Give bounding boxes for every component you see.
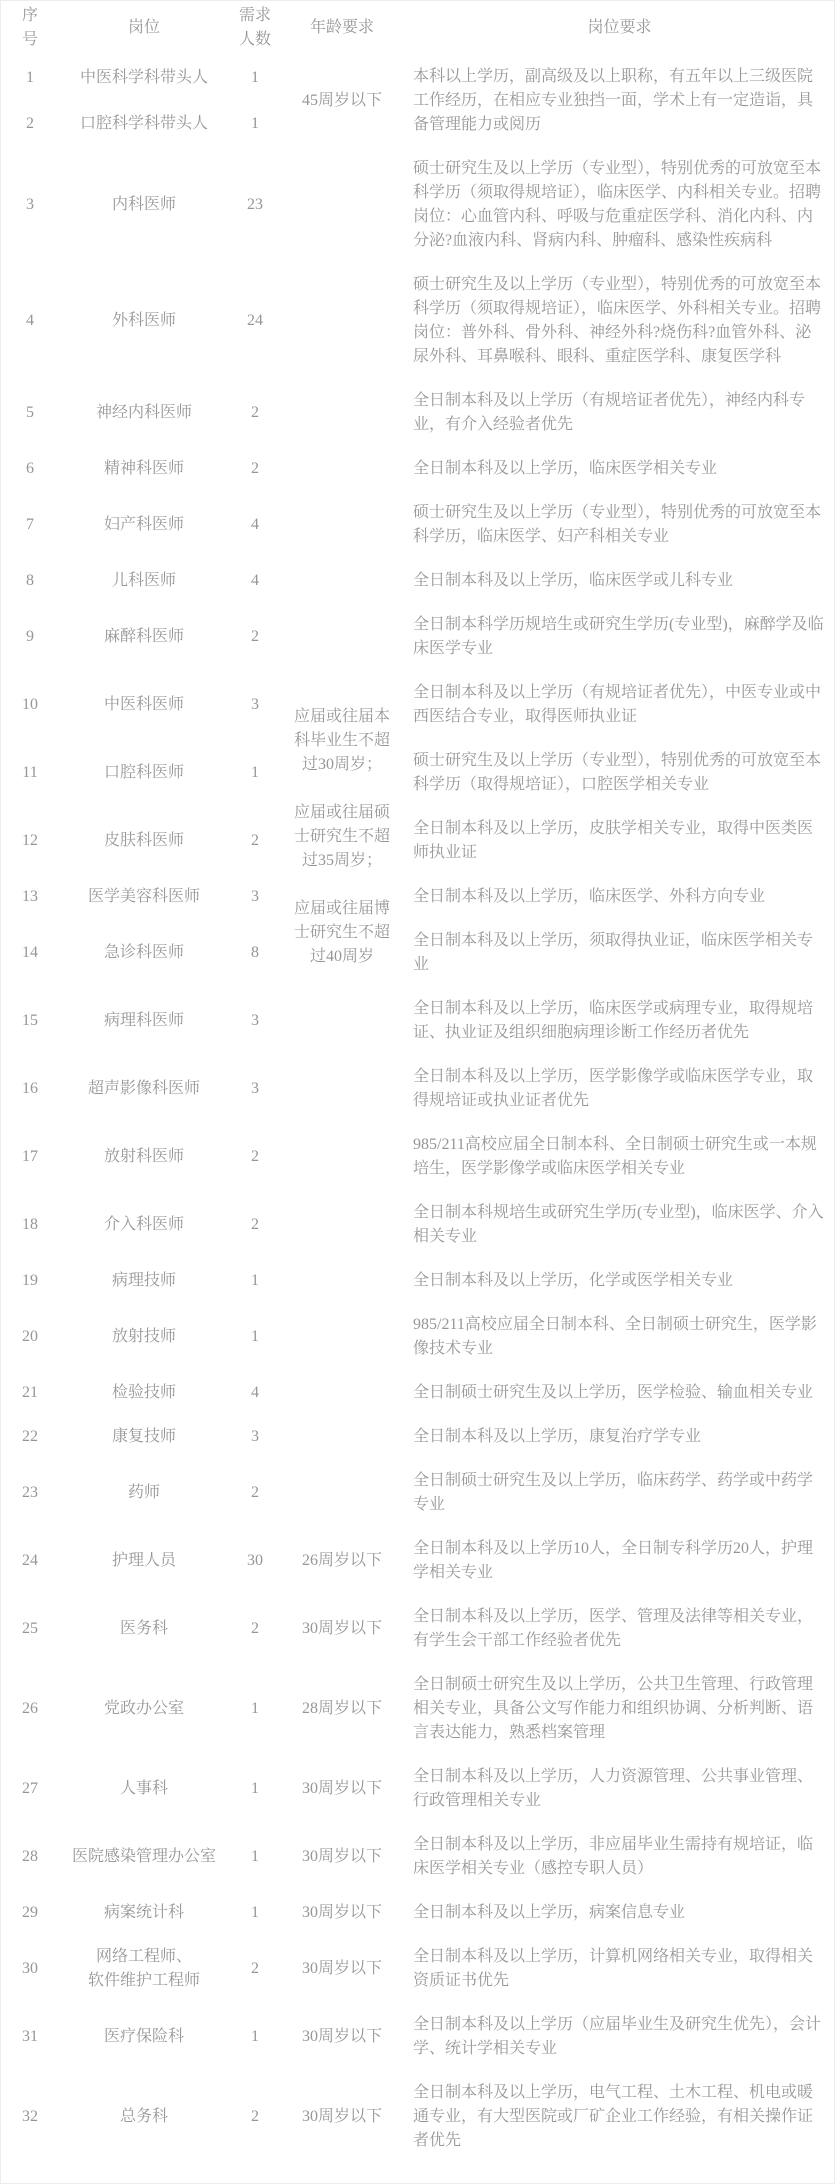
row-number-cell: 31 bbox=[1, 2003, 59, 2071]
post-cell: 病理技师 bbox=[59, 1259, 229, 1303]
col-header-count: 需求 人数 bbox=[229, 1, 281, 55]
row-number-cell: 7 bbox=[1, 491, 59, 559]
row-number-cell: 13 bbox=[1, 875, 59, 919]
table-row: 8 儿科医师 4 全日制本科及以上学历，临床医学或儿科专业 bbox=[1, 559, 835, 603]
table-row: 1 中医科学科带头人 1 45周岁以下 本科以上学历，副高级及以上职称，有五年以… bbox=[1, 55, 835, 101]
count-cell: 1 bbox=[229, 2003, 281, 2071]
count-cell: 2 bbox=[229, 1595, 281, 1663]
requirement-cell: 硕士研究生及以上学历（专业型），特别优秀的可放宽至本科学历（取得规培证），口腔医… bbox=[403, 739, 835, 807]
post-cell: 口腔科学科带头人 bbox=[59, 101, 229, 147]
table-row: 18 介入科医师 2 全日制本科规培生或研究生学历(专业型)，临床医学、介入相关… bbox=[1, 1191, 835, 1259]
count-cell: 1 bbox=[229, 1823, 281, 1891]
table-row: 30 网络工程师、 软件维护工程师 2 30周岁以下 全日制本科及以上学历，计算… bbox=[1, 1935, 835, 2003]
row-number-cell: 24 bbox=[1, 1527, 59, 1595]
row-number-cell: 21 bbox=[1, 1371, 59, 1415]
count-cell: 1 bbox=[229, 1891, 281, 1935]
requirement-cell: 全日制本科规培生或研究生学历(专业型)，临床医学、介入相关专业 bbox=[403, 1191, 835, 1259]
requirement-cell: 全日制硕士研究生及以上学历，临床药学、药学或中药学专业 bbox=[403, 1459, 835, 1527]
row-number-cell: 12 bbox=[1, 807, 59, 875]
table-row: 12 皮肤科医师 2 全日制本科及以上学历，皮肤学相关专业，取得中医类医师执业证 bbox=[1, 807, 835, 875]
post-cell: 药师 bbox=[59, 1459, 229, 1527]
post-cell: 病案统计科 bbox=[59, 1891, 229, 1935]
count-cell: 2 bbox=[229, 2071, 281, 2163]
requirement-cell: 全日制硕士研究生及以上学历，医学检验、输血相关专业 bbox=[403, 1371, 835, 1415]
row-number-cell: 30 bbox=[1, 1935, 59, 2003]
row-number-cell: 22 bbox=[1, 1415, 59, 1459]
requirement-cell: 985/211高校应届全日制本科、全日制硕士研究生，医学影像技术专业 bbox=[403, 1303, 835, 1371]
recruitment-table: 序 号 岗位 需求 人数 年龄要求 岗位要求 1 中医科学科带头人 1 45周岁… bbox=[1, 1, 835, 2163]
post-cell: 儿科医师 bbox=[59, 559, 229, 603]
table-row: 27 人事科 1 30周岁以下 全日制本科及以上学历，人力资源管理、公共事业管理… bbox=[1, 1755, 835, 1823]
post-cell: 护理人员 bbox=[59, 1527, 229, 1595]
table-row: 16 超声影像科医师 3 全日制本科及以上学历，医学影像学或临床医学专业，取得规… bbox=[1, 1055, 835, 1123]
age-cell-merged-rows-1-2: 45周岁以下 bbox=[281, 55, 403, 147]
count-cell: 30 bbox=[229, 1527, 281, 1595]
row-number-cell: 4 bbox=[1, 263, 59, 379]
count-cell: 1 bbox=[229, 1303, 281, 1371]
requirement-cell: 全日制本科及以上学历（应届毕业生及研究生优先），会计学、统计学相关专业 bbox=[403, 2003, 835, 2071]
requirement-cell: 全日制本科及以上学历（有规培证者优先），中医专业或中西医结合专业，取得医师执业证 bbox=[403, 671, 835, 739]
col-header-post: 岗位 bbox=[59, 1, 229, 55]
age-cell: 30周岁以下 bbox=[281, 1823, 403, 1891]
post-cell: 总务科 bbox=[59, 2071, 229, 2163]
count-cell: 2 bbox=[229, 807, 281, 875]
post-cell: 放射技师 bbox=[59, 1303, 229, 1371]
requirement-cell: 全日制本科及以上学历，病案信息专业 bbox=[403, 1891, 835, 1935]
post-cell: 医院感染管理办公室 bbox=[59, 1823, 229, 1891]
table-row: 5 神经内科医师 2 全日制本科及以上学历（有规培证者优先），神经内科专业，有介… bbox=[1, 379, 835, 447]
post-cell: 口腔科医师 bbox=[59, 739, 229, 807]
post-cell: 妇产科医师 bbox=[59, 491, 229, 559]
post-cell: 医学美容科医师 bbox=[59, 875, 229, 919]
col-header-age: 年龄要求 bbox=[281, 1, 403, 55]
post-cell: 外科医师 bbox=[59, 263, 229, 379]
row-number-cell: 23 bbox=[1, 1459, 59, 1527]
requirement-cell: 硕士研究生及以上学历（专业型），特别优秀的可放宽至本科学历（须取得规培证），临床… bbox=[403, 263, 835, 379]
requirement-cell: 全日制本科及以上学历，康复治疗学专业 bbox=[403, 1415, 835, 1459]
table-row: 7 妇产科医师 4 硕士研究生及以上学历（专业型），特别优秀的可放宽至本科学历，… bbox=[1, 491, 835, 559]
requirement-cell: 全日制本科及以上学历，皮肤学相关专业，取得中医类医师执业证 bbox=[403, 807, 835, 875]
row-number-cell: 17 bbox=[1, 1123, 59, 1191]
post-cell: 精神科医师 bbox=[59, 447, 229, 491]
row-number-cell: 29 bbox=[1, 1891, 59, 1935]
requirement-cell: 全日制本科及以上学历，临床医学或儿科专业 bbox=[403, 559, 835, 603]
requirement-cell-merged-rows-1-2: 本科以上学历，副高级及以上职称，有五年以上三级医院工作经历，在相应专业独挡一面，… bbox=[403, 55, 835, 147]
requirement-cell: 全日制本科及以上学历，临床医学或病理专业，取得规培证、执业证及组织细胞病理诊断工… bbox=[403, 987, 835, 1055]
col-header-requirements: 岗位要求 bbox=[403, 1, 835, 55]
recruitment-positions-page: 序 号 岗位 需求 人数 年龄要求 岗位要求 1 中医科学科带头人 1 45周岁… bbox=[0, 0, 835, 2184]
requirement-cell: 全日制本科及以上学历10人，全日制专科学历20人，护理学相关专业 bbox=[403, 1527, 835, 1595]
table-row: 17 放射科医师 2 985/211高校应届全日制本科、全日制硕士研究生或一本规… bbox=[1, 1123, 835, 1191]
requirement-cell: 硕士研究生及以上学历（专业型），特别优秀的可放宽至本科学历（须取得规培证），临床… bbox=[403, 147, 835, 263]
age-cell-merged-rows-3-23: 应届或往届本科毕业生不超过30周岁； 应届或往届硕士研究生不超过35周岁； 应届… bbox=[281, 147, 403, 1527]
table-row: 22 康复技师 3 全日制本科及以上学历，康复治疗学专业 bbox=[1, 1415, 835, 1459]
row-number-cell: 16 bbox=[1, 1055, 59, 1123]
table-row: 11 口腔科医师 1 硕士研究生及以上学历（专业型），特别优秀的可放宽至本科学历… bbox=[1, 739, 835, 807]
table-row: 26 党政办公室 1 28周岁以下 全日制硕士研究生及以上学历，公共卫生管理、行… bbox=[1, 1663, 835, 1755]
post-cell: 介入科医师 bbox=[59, 1191, 229, 1259]
count-cell: 2 bbox=[229, 447, 281, 491]
table-row: 25 医务科 2 30周岁以下 全日制本科及以上学历，医学、管理及法律等相关专业… bbox=[1, 1595, 835, 1663]
count-cell: 2 bbox=[229, 603, 281, 671]
requirement-cell: 全日制本科学历规培生或研究生学历(专业型)，麻醉学及临床医学专业 bbox=[403, 603, 835, 671]
table-row: 19 病理技师 1 全日制本科及以上学历，化学或医学相关专业 bbox=[1, 1259, 835, 1303]
count-cell: 1 bbox=[229, 1663, 281, 1755]
age-cell: 30周岁以下 bbox=[281, 1891, 403, 1935]
row-number-cell: 28 bbox=[1, 1823, 59, 1891]
requirement-cell: 全日制本科及以上学历，非应届毕业生需持有规培证，临床医学相关专业（感控专职人员） bbox=[403, 1823, 835, 1891]
count-cell: 1 bbox=[229, 1755, 281, 1823]
table-row: 32 总务科 2 30周岁以下 全日制本科及以上学历，电气工程、土木工程、机电或… bbox=[1, 2071, 835, 2163]
row-number-cell: 8 bbox=[1, 559, 59, 603]
requirement-cell: 全日制本科及以上学历，电气工程、土木工程、机电或暖通专业，有大型医院或厂矿企业工… bbox=[403, 2071, 835, 2163]
count-cell: 1 bbox=[229, 55, 281, 101]
row-number-cell: 18 bbox=[1, 1191, 59, 1259]
post-cell: 病理科医师 bbox=[59, 987, 229, 1055]
count-cell: 4 bbox=[229, 491, 281, 559]
count-cell: 2 bbox=[229, 1459, 281, 1527]
table-row: 10 中医科医师 3 全日制本科及以上学历（有规培证者优先），中医专业或中西医结… bbox=[1, 671, 835, 739]
post-cell: 急诊科医师 bbox=[59, 919, 229, 987]
count-cell: 3 bbox=[229, 671, 281, 739]
count-cell: 2 bbox=[229, 1191, 281, 1259]
age-cell: 26周岁以下 bbox=[281, 1527, 403, 1595]
row-number-cell: 26 bbox=[1, 1663, 59, 1755]
table-row: 3 内科医师 23 应届或往届本科毕业生不超过30周岁； 应届或往届硕士研究生不… bbox=[1, 147, 835, 263]
count-cell: 23 bbox=[229, 147, 281, 263]
requirement-cell: 985/211高校应届全日制本科、全日制硕士研究生或一本规培生，医学影像学或临床… bbox=[403, 1123, 835, 1191]
count-cell: 1 bbox=[229, 1259, 281, 1303]
header-row: 序 号 岗位 需求 人数 年龄要求 岗位要求 bbox=[1, 1, 835, 55]
age-cell: 30周岁以下 bbox=[281, 1935, 403, 2003]
table-row: 21 检验技师 4 全日制硕士研究生及以上学历，医学检验、输血相关专业 bbox=[1, 1371, 835, 1415]
table-row: 20 放射技师 1 985/211高校应届全日制本科、全日制硕士研究生，医学影像… bbox=[1, 1303, 835, 1371]
count-cell: 2 bbox=[229, 1123, 281, 1191]
table-row: 6 精神科医师 2 全日制本科及以上学历，临床医学相关专业 bbox=[1, 447, 835, 491]
requirement-cell: 全日制本科及以上学历，计算机网络相关专业，取得相关资质证书优先 bbox=[403, 1935, 835, 2003]
row-number-cell: 1 bbox=[1, 55, 59, 101]
post-cell: 医务科 bbox=[59, 1595, 229, 1663]
count-cell: 8 bbox=[229, 919, 281, 987]
col-header-no: 序 号 bbox=[1, 1, 59, 55]
row-number-cell: 10 bbox=[1, 671, 59, 739]
count-cell: 3 bbox=[229, 875, 281, 919]
age-cell: 30周岁以下 bbox=[281, 1755, 403, 1823]
requirement-cell: 全日制本科及以上学历（有规培证者优先），神经内科专业，有介入经验者优先 bbox=[403, 379, 835, 447]
row-number-cell: 14 bbox=[1, 919, 59, 987]
post-cell: 放射科医师 bbox=[59, 1123, 229, 1191]
count-cell: 4 bbox=[229, 1371, 281, 1415]
post-cell: 检验技师 bbox=[59, 1371, 229, 1415]
count-cell: 4 bbox=[229, 559, 281, 603]
requirement-cell: 全日制本科及以上学历，临床医学、外科方向专业 bbox=[403, 875, 835, 919]
requirement-cell: 全日制本科及以上学历，临床医学相关专业 bbox=[403, 447, 835, 491]
post-cell: 皮肤科医师 bbox=[59, 807, 229, 875]
post-cell: 党政办公室 bbox=[59, 1663, 229, 1755]
age-cell: 30周岁以下 bbox=[281, 1595, 403, 1663]
post-cell: 医疗保险科 bbox=[59, 2003, 229, 2071]
post-cell: 中医科医师 bbox=[59, 671, 229, 739]
post-cell: 康复技师 bbox=[59, 1415, 229, 1459]
age-cell: 28周岁以下 bbox=[281, 1663, 403, 1755]
post-cell: 内科医师 bbox=[59, 147, 229, 263]
count-cell: 1 bbox=[229, 739, 281, 807]
requirement-cell: 全日制硕士研究生及以上学历，公共卫生管理、行政管理相关专业，具备公文写作能力和组… bbox=[403, 1663, 835, 1755]
count-cell: 3 bbox=[229, 987, 281, 1055]
table-row: 28 医院感染管理办公室 1 30周岁以下 全日制本科及以上学历，非应届毕业生需… bbox=[1, 1823, 835, 1891]
row-number-cell: 15 bbox=[1, 987, 59, 1055]
count-cell: 3 bbox=[229, 1055, 281, 1123]
row-number-cell: 27 bbox=[1, 1755, 59, 1823]
table-row: 31 医疗保险科 1 30周岁以下 全日制本科及以上学历（应届毕业生及研究生优先… bbox=[1, 2003, 835, 2071]
row-number-cell: 25 bbox=[1, 1595, 59, 1663]
row-number-cell: 6 bbox=[1, 447, 59, 491]
row-number-cell: 9 bbox=[1, 603, 59, 671]
requirement-cell: 硕士研究生及以上学历（专业型），特别优秀的可放宽至本科学历，临床医学、妇产科相关… bbox=[403, 491, 835, 559]
row-number-cell: 2 bbox=[1, 101, 59, 147]
count-cell: 1 bbox=[229, 101, 281, 147]
table-row: 29 病案统计科 1 30周岁以下 全日制本科及以上学历，病案信息专业 bbox=[1, 1891, 835, 1935]
count-cell: 3 bbox=[229, 1415, 281, 1459]
post-cell: 神经内科医师 bbox=[59, 379, 229, 447]
post-cell: 麻醉科医师 bbox=[59, 603, 229, 671]
row-number-cell: 11 bbox=[1, 739, 59, 807]
table-row: 14 急诊科医师 8 全日制本科及以上学历，须取得执业证，临床医学相关专业 bbox=[1, 919, 835, 987]
row-number-cell: 3 bbox=[1, 147, 59, 263]
requirement-cell: 全日制本科及以上学历，须取得执业证，临床医学相关专业 bbox=[403, 919, 835, 987]
age-cell: 30周岁以下 bbox=[281, 2003, 403, 2071]
table-row: 4 外科医师 24 硕士研究生及以上学历（专业型），特别优秀的可放宽至本科学历（… bbox=[1, 263, 835, 379]
age-cell: 30周岁以下 bbox=[281, 2071, 403, 2163]
requirement-cell: 全日制本科及以上学历，医学影像学或临床医学专业，取得规培证或执业证者优先 bbox=[403, 1055, 835, 1123]
row-number-cell: 32 bbox=[1, 2071, 59, 2163]
table-row: 13 医学美容科医师 3 全日制本科及以上学历，临床医学、外科方向专业 bbox=[1, 875, 835, 919]
table-row: 24 护理人员 30 26周岁以下 全日制本科及以上学历10人，全日制专科学历2… bbox=[1, 1527, 835, 1595]
post-cell: 中医科学科带头人 bbox=[59, 55, 229, 101]
table-row: 9 麻醉科医师 2 全日制本科学历规培生或研究生学历(专业型)，麻醉学及临床医学… bbox=[1, 603, 835, 671]
post-cell: 超声影像科医师 bbox=[59, 1055, 229, 1123]
count-cell: 2 bbox=[229, 379, 281, 447]
row-number-cell: 19 bbox=[1, 1259, 59, 1303]
row-number-cell: 5 bbox=[1, 379, 59, 447]
table-row: 15 病理科医师 3 全日制本科及以上学历，临床医学或病理专业，取得规培证、执业… bbox=[1, 987, 835, 1055]
requirement-cell: 全日制本科及以上学历，医学、管理及法律等相关专业，有学生会干部工作经验者优先 bbox=[403, 1595, 835, 1663]
count-cell: 2 bbox=[229, 1935, 281, 2003]
requirement-cell: 全日制本科及以上学历，化学或医学相关专业 bbox=[403, 1259, 835, 1303]
post-cell: 人事科 bbox=[59, 1755, 229, 1823]
row-number-cell: 20 bbox=[1, 1303, 59, 1371]
requirement-cell: 全日制本科及以上学历，人力资源管理、公共事业管理、行政管理相关专业 bbox=[403, 1755, 835, 1823]
table-row: 23 药师 2 全日制硕士研究生及以上学历，临床药学、药学或中药学专业 bbox=[1, 1459, 835, 1527]
post-cell: 网络工程师、 软件维护工程师 bbox=[59, 1935, 229, 2003]
count-cell: 24 bbox=[229, 263, 281, 379]
